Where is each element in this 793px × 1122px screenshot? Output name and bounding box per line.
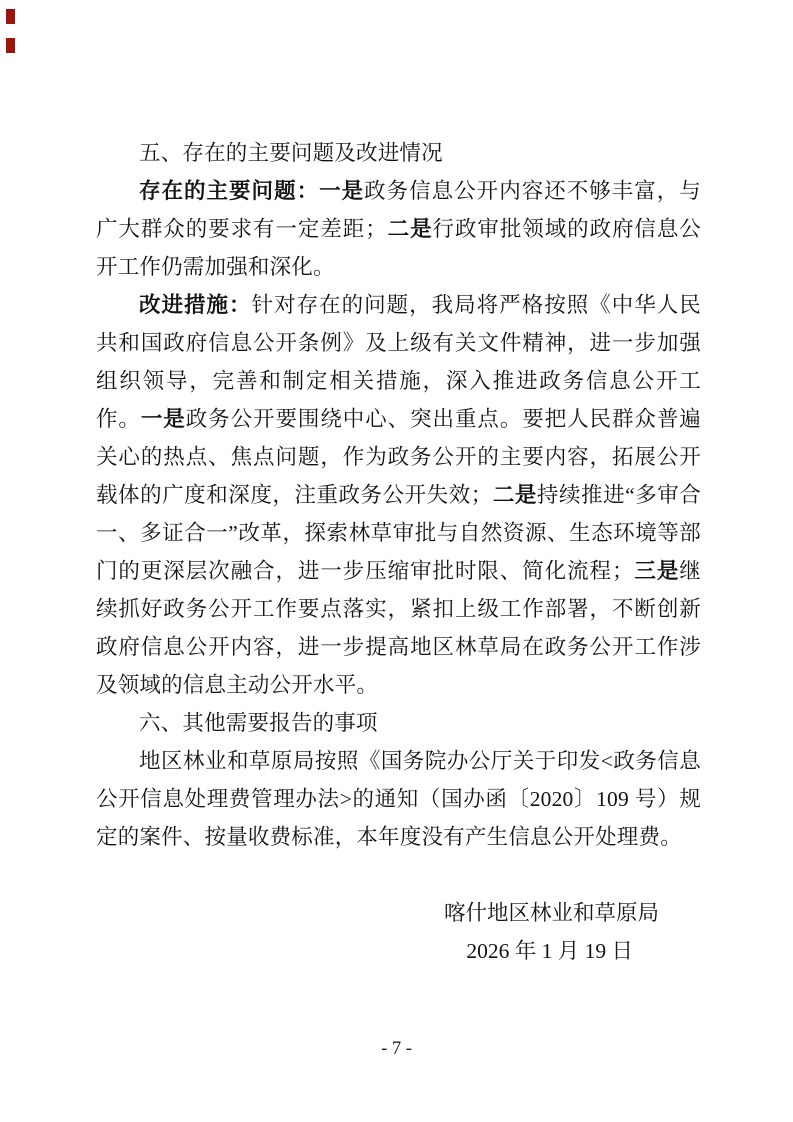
text-run: 五、存在的主要问题及改进情况 <box>139 141 443 165</box>
red-artifact-mark-top <box>6 9 15 24</box>
body-paragraph: 改进措施：针对存在的问题，我局将严格按照《中华人民共和国政府信息公开条例》及上级… <box>96 286 701 704</box>
bold-text-run: 一是 <box>141 407 186 431</box>
document-page: 五、存在的主要问题及改进情况存在的主要问题：一是政务信息公开内容还不够丰富，与广… <box>0 0 793 1122</box>
bold-text-run: 二是 <box>387 217 433 241</box>
bold-text-run: 改进措施： <box>139 293 252 317</box>
page-number: - 7 - <box>0 1038 793 1060</box>
body-paragraph: 存在的主要问题：一是政务信息公开内容还不够丰富，与广大群众的要求有一定差距；二是… <box>96 172 701 286</box>
body-paragraph: 地区林业和草原局按照《国务院办公厅关于印发<政务信息公开信息处理费管理办法>的通… <box>96 742 701 856</box>
text-run: 六、其他需要报告的事项 <box>139 711 378 735</box>
document-body: 五、存在的主要问题及改进情况存在的主要问题：一是政务信息公开内容还不够丰富，与广… <box>96 134 701 970</box>
signature-date: 2026 年 1 月 19 日 <box>96 932 701 970</box>
section-heading: 五、存在的主要问题及改进情况 <box>96 134 701 172</box>
bold-text-run: 三是 <box>634 559 680 583</box>
text-run: 地区林业和草原局按照《国务院办公厅关于印发<政务信息公开信息处理费管理办法>的通… <box>96 749 701 849</box>
section-heading: 六、其他需要报告的事项 <box>96 704 701 742</box>
signature-block: 喀什地区林业和草原局 2026 年 1 月 19 日 <box>96 894 701 970</box>
bold-text-run: 存在的主要问题：一是 <box>139 179 364 203</box>
signature-org: 喀什地区林业和草原局 <box>96 894 701 932</box>
red-artifact-mark-bottom <box>6 38 15 53</box>
bold-text-run: 二是 <box>492 483 536 507</box>
